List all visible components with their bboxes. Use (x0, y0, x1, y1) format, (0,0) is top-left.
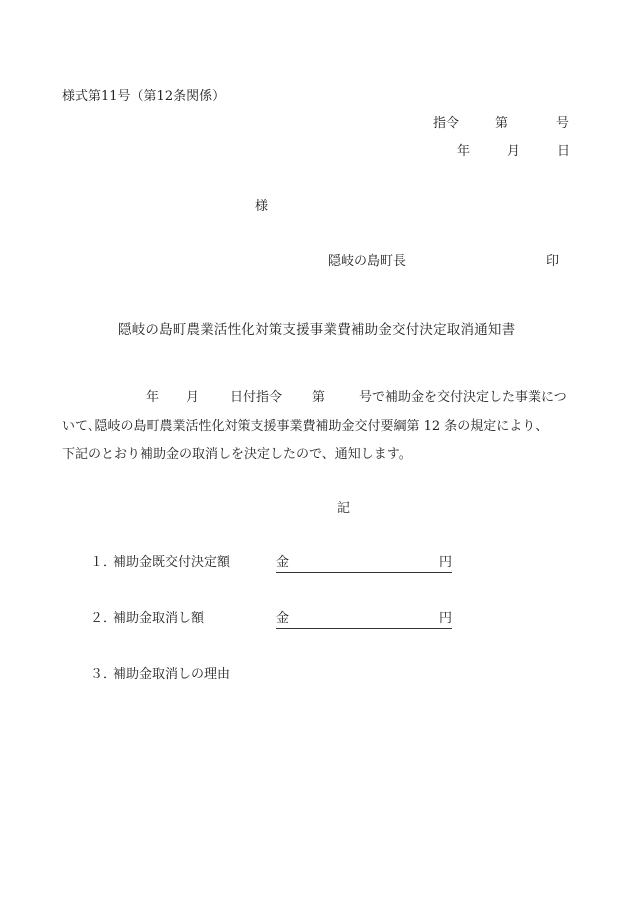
body-line-2: いて､隠岐の島町農業活性化対策支援事業費補助金交付要綱第 12 条の規定により、 (62, 419, 572, 435)
item-label: 補助金取消し額 (113, 611, 204, 627)
reference-go: 号 (556, 116, 569, 132)
reference-year: 年 (457, 144, 470, 160)
amount-field-decided[interactable]: 金 円 (276, 555, 452, 573)
amount-field-cancelled[interactable]: 金 円 (276, 611, 452, 629)
issuer-name: 隠岐の島町長 (328, 254, 406, 270)
amount-prefix: 金 (276, 611, 289, 627)
reference-dai: 第 (495, 116, 508, 132)
form-number: 様式第11号（第12条関係） (62, 89, 225, 105)
item-label: 補助金既交付決定額 (113, 555, 230, 571)
document-title: 隠岐の島町農業活性化対策支援事業費補助金交付決定取消通知書 (118, 322, 515, 338)
reference-month: 月 (507, 144, 520, 160)
reference-day: 日 (557, 144, 570, 160)
body-day-shirei: 日付指令 (230, 390, 282, 406)
amount-suffix: 円 (439, 555, 452, 571)
body-year: 年 (146, 390, 159, 406)
addressee-suffix: 様 (255, 199, 268, 215)
reference-shirei: 指令 (433, 116, 459, 132)
body-month: 月 (186, 390, 199, 406)
item-label: 補助金取消しの理由 (113, 667, 230, 683)
body-line-3: 下記のとおり補助金の取消しを決定したので、通知します。 (62, 447, 572, 463)
seal-mark: 印 (546, 254, 559, 270)
body-line1-rest: 号で補助金を交付決定した事業につ (359, 390, 567, 406)
amount-suffix: 円 (439, 611, 452, 627)
ki-heading: 記 (337, 501, 350, 517)
body-dai: 第 (312, 390, 325, 406)
amount-prefix: 金 (276, 555, 289, 571)
